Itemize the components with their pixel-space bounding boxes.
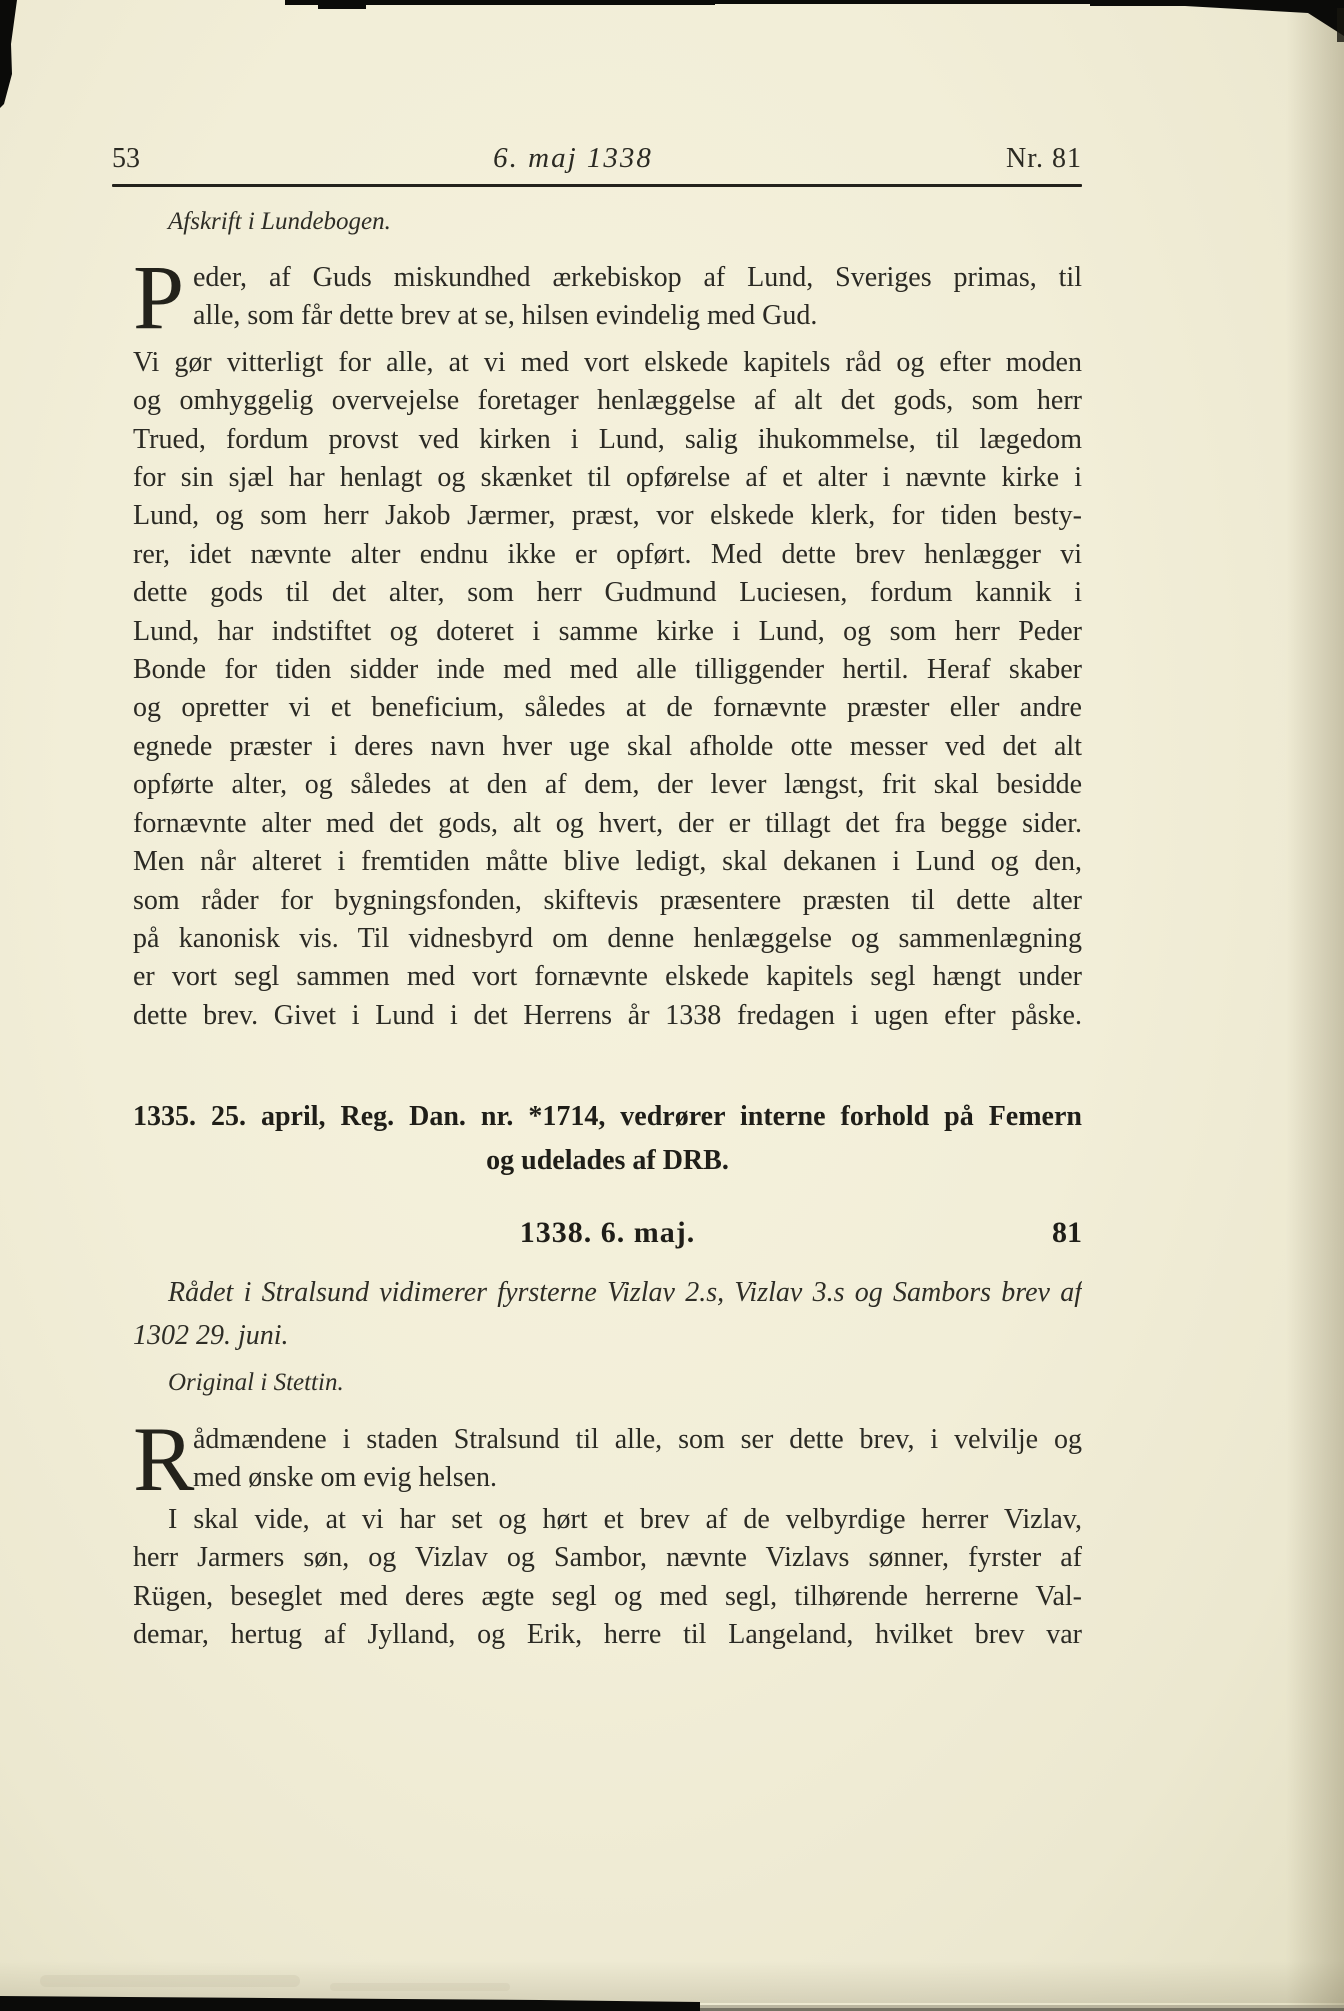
entry-81-text-block: R ådmændene i staden Stralsund til alle,… (133, 1421, 1082, 1654)
source-note-lundebogen: Afskrift i Lundebogen. (168, 208, 391, 236)
text-line: som råder for bygningsfonden, skiftevis … (133, 882, 1082, 920)
text-line: opførte alter, og således at den af dem,… (133, 766, 1082, 804)
text-line: alle, som får dette brev at se, hilsen e… (193, 297, 1082, 335)
text-line: Lund, har indstiftet og doteret i samme … (133, 613, 1082, 651)
text-line: eder, af Guds miskundhed ærkebiskop af L… (193, 259, 1082, 297)
scan-artifact-top-line-3 (700, 0, 1100, 4)
text-line: og udelades af DRB. (133, 1139, 1082, 1183)
text-line: rer, idet nævnte alter endnu ikke er opf… (133, 536, 1082, 574)
page-header: 53 6. maj 1338 Nr. 81 (112, 142, 1082, 175)
text-line: Vi gør vitterligt for alle, at vi med vo… (133, 344, 1082, 382)
text-line: Rådet i Stralsund vidimerer fyrsterne Vi… (133, 1271, 1082, 1314)
scan-artifact-bottom-smudge-1 (40, 1975, 300, 1987)
source-note-stettin: Original i Stettin. (168, 1369, 344, 1397)
text-line: egnede præster i deres navn hver uge ska… (133, 728, 1082, 766)
scan-artifact-bottom-strip (0, 1996, 700, 2011)
scan-artifact-left-nub (2, 58, 11, 78)
text-line: Lund, og som herr Jakob Jærmer, præst, v… (133, 497, 1082, 535)
scan-artifact-top-line-1 (285, 0, 715, 5)
running-head-date: 6. maj 1338 (493, 142, 653, 175)
page-edge-shadow-bottom (0, 1961, 1344, 2003)
dropcap-initial-p: P (133, 251, 184, 343)
scanned-book-page: 53 6. maj 1338 Nr. 81 Afskrift i Lundebo… (0, 0, 1344, 2011)
entry-81-heading-number: 81 (1052, 1216, 1082, 1250)
scan-artifact-bottom-strip-right (700, 2005, 1344, 2011)
text-line: 1335. 25. april, Reg. Dan. nr. *1714, ve… (133, 1095, 1082, 1139)
scan-artifact-top-left-strip (0, 0, 17, 108)
text-line: med ønske om evig helsen. (193, 1459, 1082, 1497)
scan-artifact-right-edge (1337, 8, 1344, 42)
scan-artifact-top-right-wedge (1185, 0, 1344, 36)
entry-80-text-block: P eder, af Guds miskundhed ærkebiskop af… (133, 259, 1082, 1035)
text-line: Men når alteret i fremtiden måtte blive … (133, 843, 1082, 881)
entry-81-body: I skal vide, at vi har set og hørt et br… (133, 1501, 1082, 1655)
text-line: demar, hertug af Jylland, og Erik, herre… (133, 1616, 1082, 1654)
entry-81-heading-date: 1338. 6. maj. (520, 1216, 695, 1249)
page-edge-shadow-right (1286, 0, 1344, 2011)
entry-80-salutation: eder, af Guds miskundhed ærkebiskop af L… (193, 259, 1082, 336)
text-line: 1302 29. juni. (133, 1314, 1082, 1357)
text-line: er vort segl sammen med vort fornævnte e… (133, 958, 1082, 996)
entry-81-heading: 1338. 6. maj. 81 (133, 1216, 1082, 1250)
text-line: Trued, fordum provst ved kirken i Lund, … (133, 421, 1082, 459)
entry-80-body: Vi gør vitterligt for alle, at vi med vo… (133, 344, 1082, 1035)
running-head-document-number: Nr. 81 (1006, 143, 1082, 175)
text-line: for sin sjæl har henlagt og skænket til … (133, 459, 1082, 497)
text-line: dette brev. Givet i Lund i det Herrens å… (133, 997, 1082, 1035)
page-number: 53 (112, 143, 140, 175)
scan-artifact-top-line-2 (318, 0, 366, 9)
text-line: herr Jarmers søn, og Vizlav og Sambor, n… (133, 1539, 1082, 1577)
entry-81-salutation: ådmændene i staden Stralsund til alle, s… (193, 1421, 1082, 1498)
scan-artifact-bottom-smudge-2 (330, 1983, 510, 1991)
entry-81-summary: Rådet i Stralsund vidimerer fyrsterne Vi… (133, 1271, 1082, 1357)
text-line: dette gods til det alter, som herr Gudmu… (133, 574, 1082, 612)
scan-artifact-top-line-4 (1090, 0, 1200, 6)
text-line: Rügen, beseglet med deres ægte segl og m… (133, 1578, 1082, 1616)
registry-note: 1335. 25. april, Reg. Dan. nr. *1714, ve… (133, 1095, 1082, 1183)
text-line: og omhyggelig overvejelse foretager henl… (133, 382, 1082, 420)
dropcap-initial-r: R (133, 1413, 194, 1505)
text-line: fornævnte alter med det gods, alt og hve… (133, 805, 1082, 843)
text-line: og opretter vi et beneficium, således at… (133, 689, 1082, 727)
text-line: I skal vide, at vi har set og hørt et br… (133, 1501, 1082, 1539)
text-line: ådmændene i staden Stralsund til alle, s… (193, 1421, 1082, 1459)
header-rule (112, 184, 1082, 187)
text-line: på kanonisk vis. Til vidnesbyrd om denne… (133, 920, 1082, 958)
text-line: Bonde for tiden sidder inde med med alle… (133, 651, 1082, 689)
